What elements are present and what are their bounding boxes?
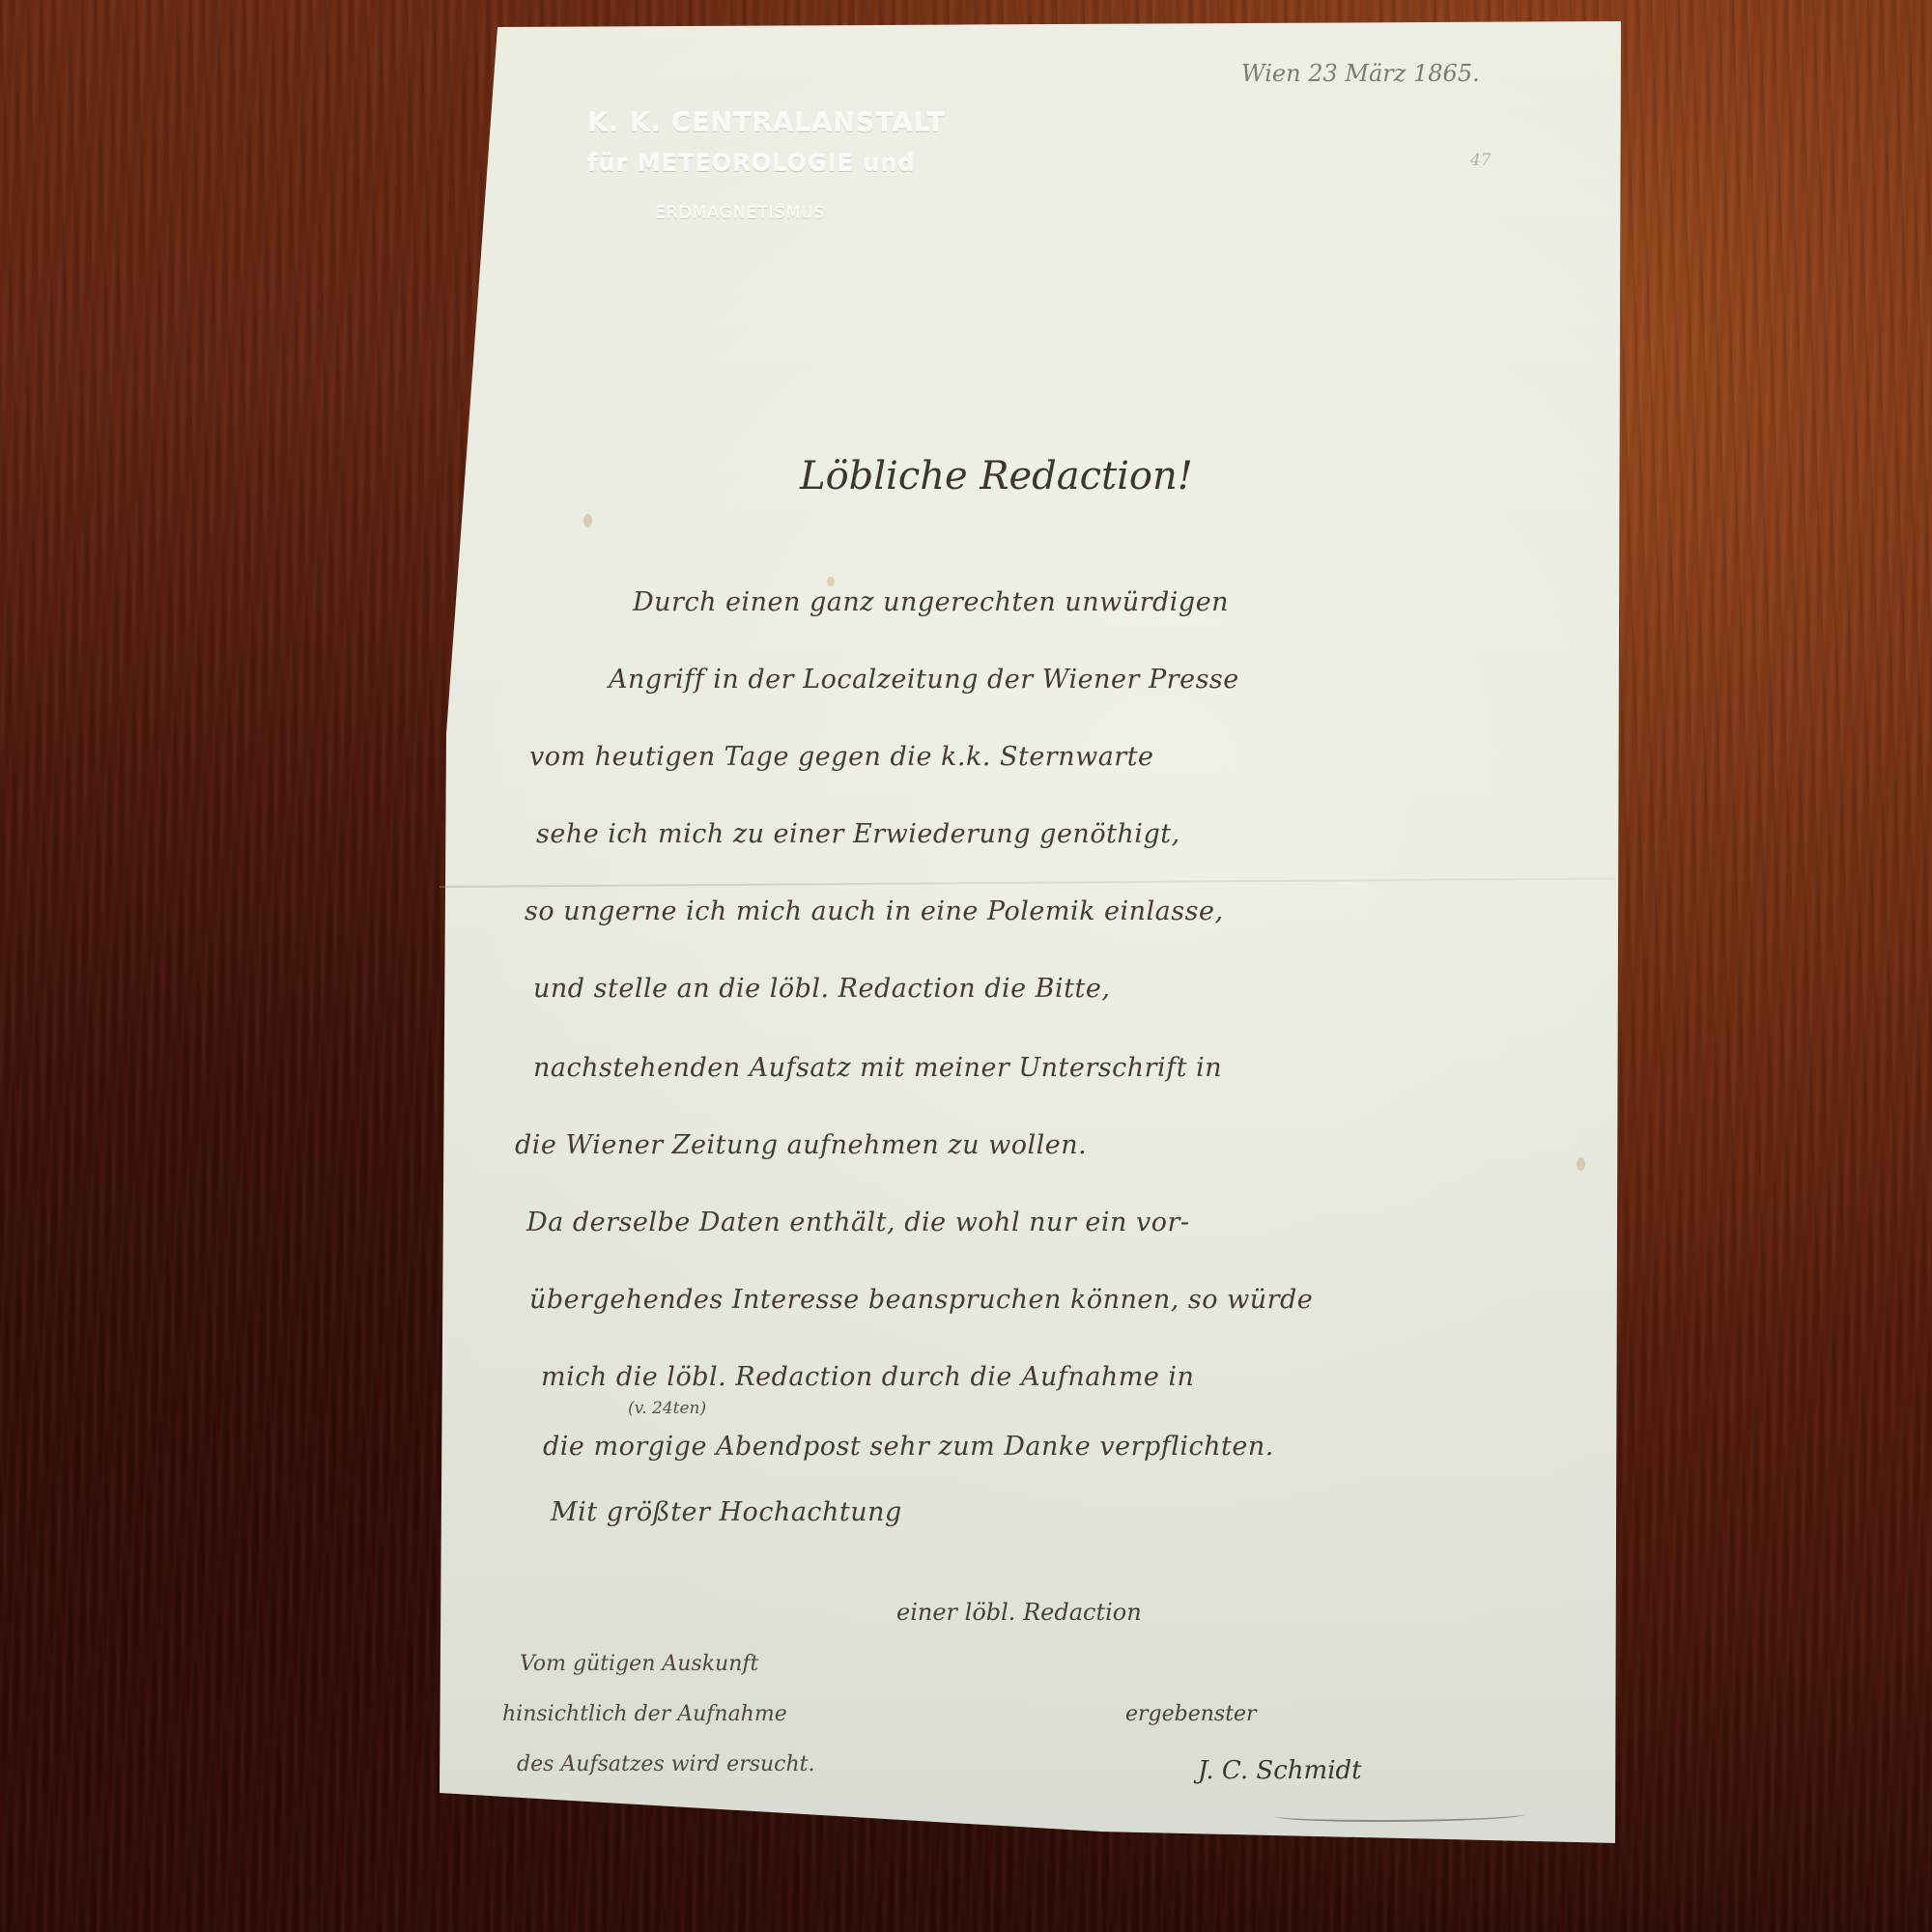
body-line: Mit größter Hochachtung	[551, 1497, 902, 1527]
date-line: Wien 23 März 1865.	[1241, 60, 1480, 87]
embossed-letterhead: K. K. CENTRALANSTALT für METEOROLOGIE un…	[531, 108, 976, 223]
margin-note-line: des Aufsatzes wird ersucht.	[517, 1752, 815, 1776]
signature: J. C. Schmidt	[1198, 1756, 1362, 1785]
foxing-spot	[1577, 1157, 1585, 1171]
body-line: nachstehenden Aufsatz mit meiner Untersc…	[533, 1053, 1222, 1083]
margin-note-line: Vom gütigen Auskunft	[520, 1652, 758, 1676]
body-line: mich die löbl. Redaction durch die Aufna…	[541, 1362, 1194, 1392]
body-line: Angriff in der Localzeitung der Wiener P…	[609, 665, 1239, 695]
foxing-spot	[827, 577, 835, 586]
foxing-spot	[583, 514, 592, 527]
body-line: die Wiener Zeitung aufnehmen zu wollen.	[515, 1130, 1087, 1160]
closing-line: einer löbl. Redaction	[896, 1599, 1142, 1626]
body-line: die morgige Abendpost sehr zum Danke ver…	[543, 1432, 1274, 1462]
salutation: Löbliche Redaction!	[800, 454, 1193, 498]
letterhead-line-3: ERDMAGNETISMUS	[655, 204, 976, 223]
body-line: Da derselbe Daten enthält, die wohl nur …	[526, 1207, 1190, 1237]
body-line: übergehendes Interesse beanspruchen könn…	[529, 1285, 1313, 1315]
letter-paper	[0, 0, 1932, 1932]
margin-note-line: hinsichtlich der Aufnahme	[502, 1702, 787, 1726]
body-line: sehe ich mich zu einer Erwiederung genöt…	[536, 819, 1180, 849]
body-line: Durch einen ganz ungerechten unwürdigen	[633, 587, 1229, 617]
letterhead-line-1: K. K. CENTRALANSTALT	[587, 108, 976, 138]
valediction: ergebenster	[1125, 1702, 1257, 1726]
letterhead-line-2: für METEOROLOGIE und	[587, 150, 976, 177]
archive-number: 47	[1470, 151, 1492, 170]
interlinear-insert: (v. 24ten)	[628, 1399, 706, 1418]
body-line: und stelle an die löbl. Redaction die Bi…	[533, 974, 1110, 1004]
body-line: so ungerne ich mich auch in eine Polemik…	[525, 896, 1224, 926]
body-line: vom heutigen Tage gegen die k.k. Sternwa…	[529, 742, 1154, 772]
